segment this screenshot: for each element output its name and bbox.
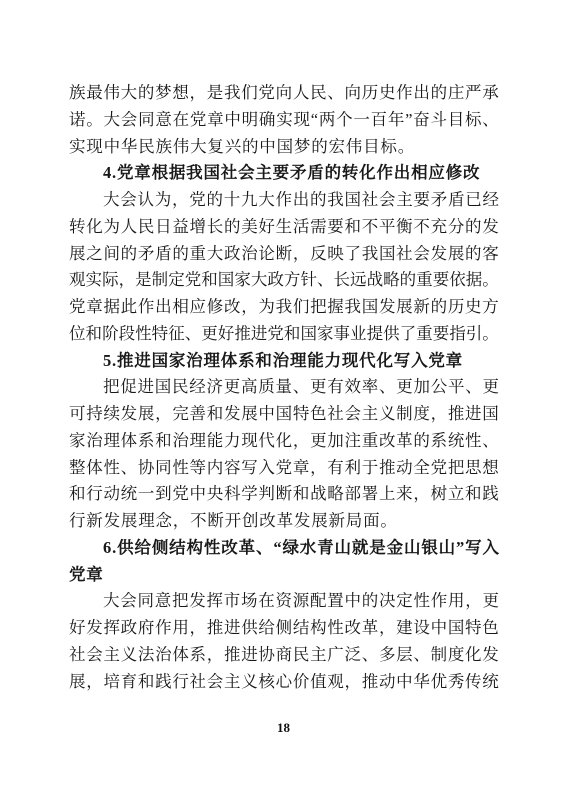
text-line: 可持续发展，完善和发展中国特色社会主义制度，推进国 — [69, 401, 499, 428]
text-line: 整体性、协同性等内容写入党章，有利于推动全党把思想 — [69, 455, 499, 482]
page-number: 18 — [0, 720, 567, 736]
text-line: 好发挥政府作用，推进供给侧结构性改革，建设中国特色 — [69, 615, 499, 642]
section-heading-6-continuation: 党章 — [69, 562, 499, 589]
document-page: 族最伟大的梦想，是我们党向人民、向历史作出的庄严承 诺。大会同意在党章中明确实现… — [0, 0, 567, 793]
section-heading-6: 6.供给侧结构性改革、“绿水青山就是金山银山”写入 — [69, 535, 499, 562]
text-line: 观实际，是制定党和国家大政方针、长远战略的重要依据。 — [69, 267, 499, 294]
text-line: 位和阶段性特征、更好推进党和国家事业提供了重要指引。 — [69, 321, 499, 348]
text-line: 诺。大会同意在党章中明确实现“两个一百年”奋斗目标、 — [69, 107, 499, 134]
text-line: 转化为人民日益增长的美好生活需要和不平衡不充分的发 — [69, 214, 499, 241]
text-line: 大会同意把发挥市场在资源配置中的决定性作用，更 — [69, 588, 499, 615]
text-line: 实现中华民族伟大复兴的中国梦的宏伟目标。 — [69, 134, 499, 161]
text-line: 展之间的矛盾的重大政治论断，反映了我国社会发展的客 — [69, 241, 499, 268]
text-line: 家治理体系和治理能力现代化，更加注重改革的系统性、 — [69, 428, 499, 455]
text-line: 社会主义法治体系，推进协商民主广泛、多层、制度化发 — [69, 642, 499, 669]
text-line: 大会认为，党的十九大作出的我国社会主要矛盾已经 — [69, 187, 499, 214]
section-heading-5: 5.推进国家治理体系和治理能力现代化写入党章 — [69, 348, 499, 375]
document-text-block: 族最伟大的梦想，是我们党向人民、向历史作出的庄严承 诺。大会同意在党章中明确实现… — [69, 80, 499, 695]
text-line: 党章据此作出相应修改，为我们把握我国发展新的历史方 — [69, 294, 499, 321]
text-line: 族最伟大的梦想，是我们党向人民、向历史作出的庄严承 — [69, 80, 499, 107]
section-heading-4: 4.党章根据我国社会主要矛盾的转化作出相应修改 — [69, 160, 499, 187]
text-line: 和行动统一到党中央科学判断和战略部署上来，树立和践 — [69, 481, 499, 508]
text-line: 展，培育和践行社会主义核心价值观，推动中华优秀传统 — [69, 669, 499, 696]
text-line: 把促进国民经济更高质量、更有效率、更加公平、更 — [69, 374, 499, 401]
text-line: 行新发展理念，不断开创改革发展新局面。 — [69, 508, 499, 535]
